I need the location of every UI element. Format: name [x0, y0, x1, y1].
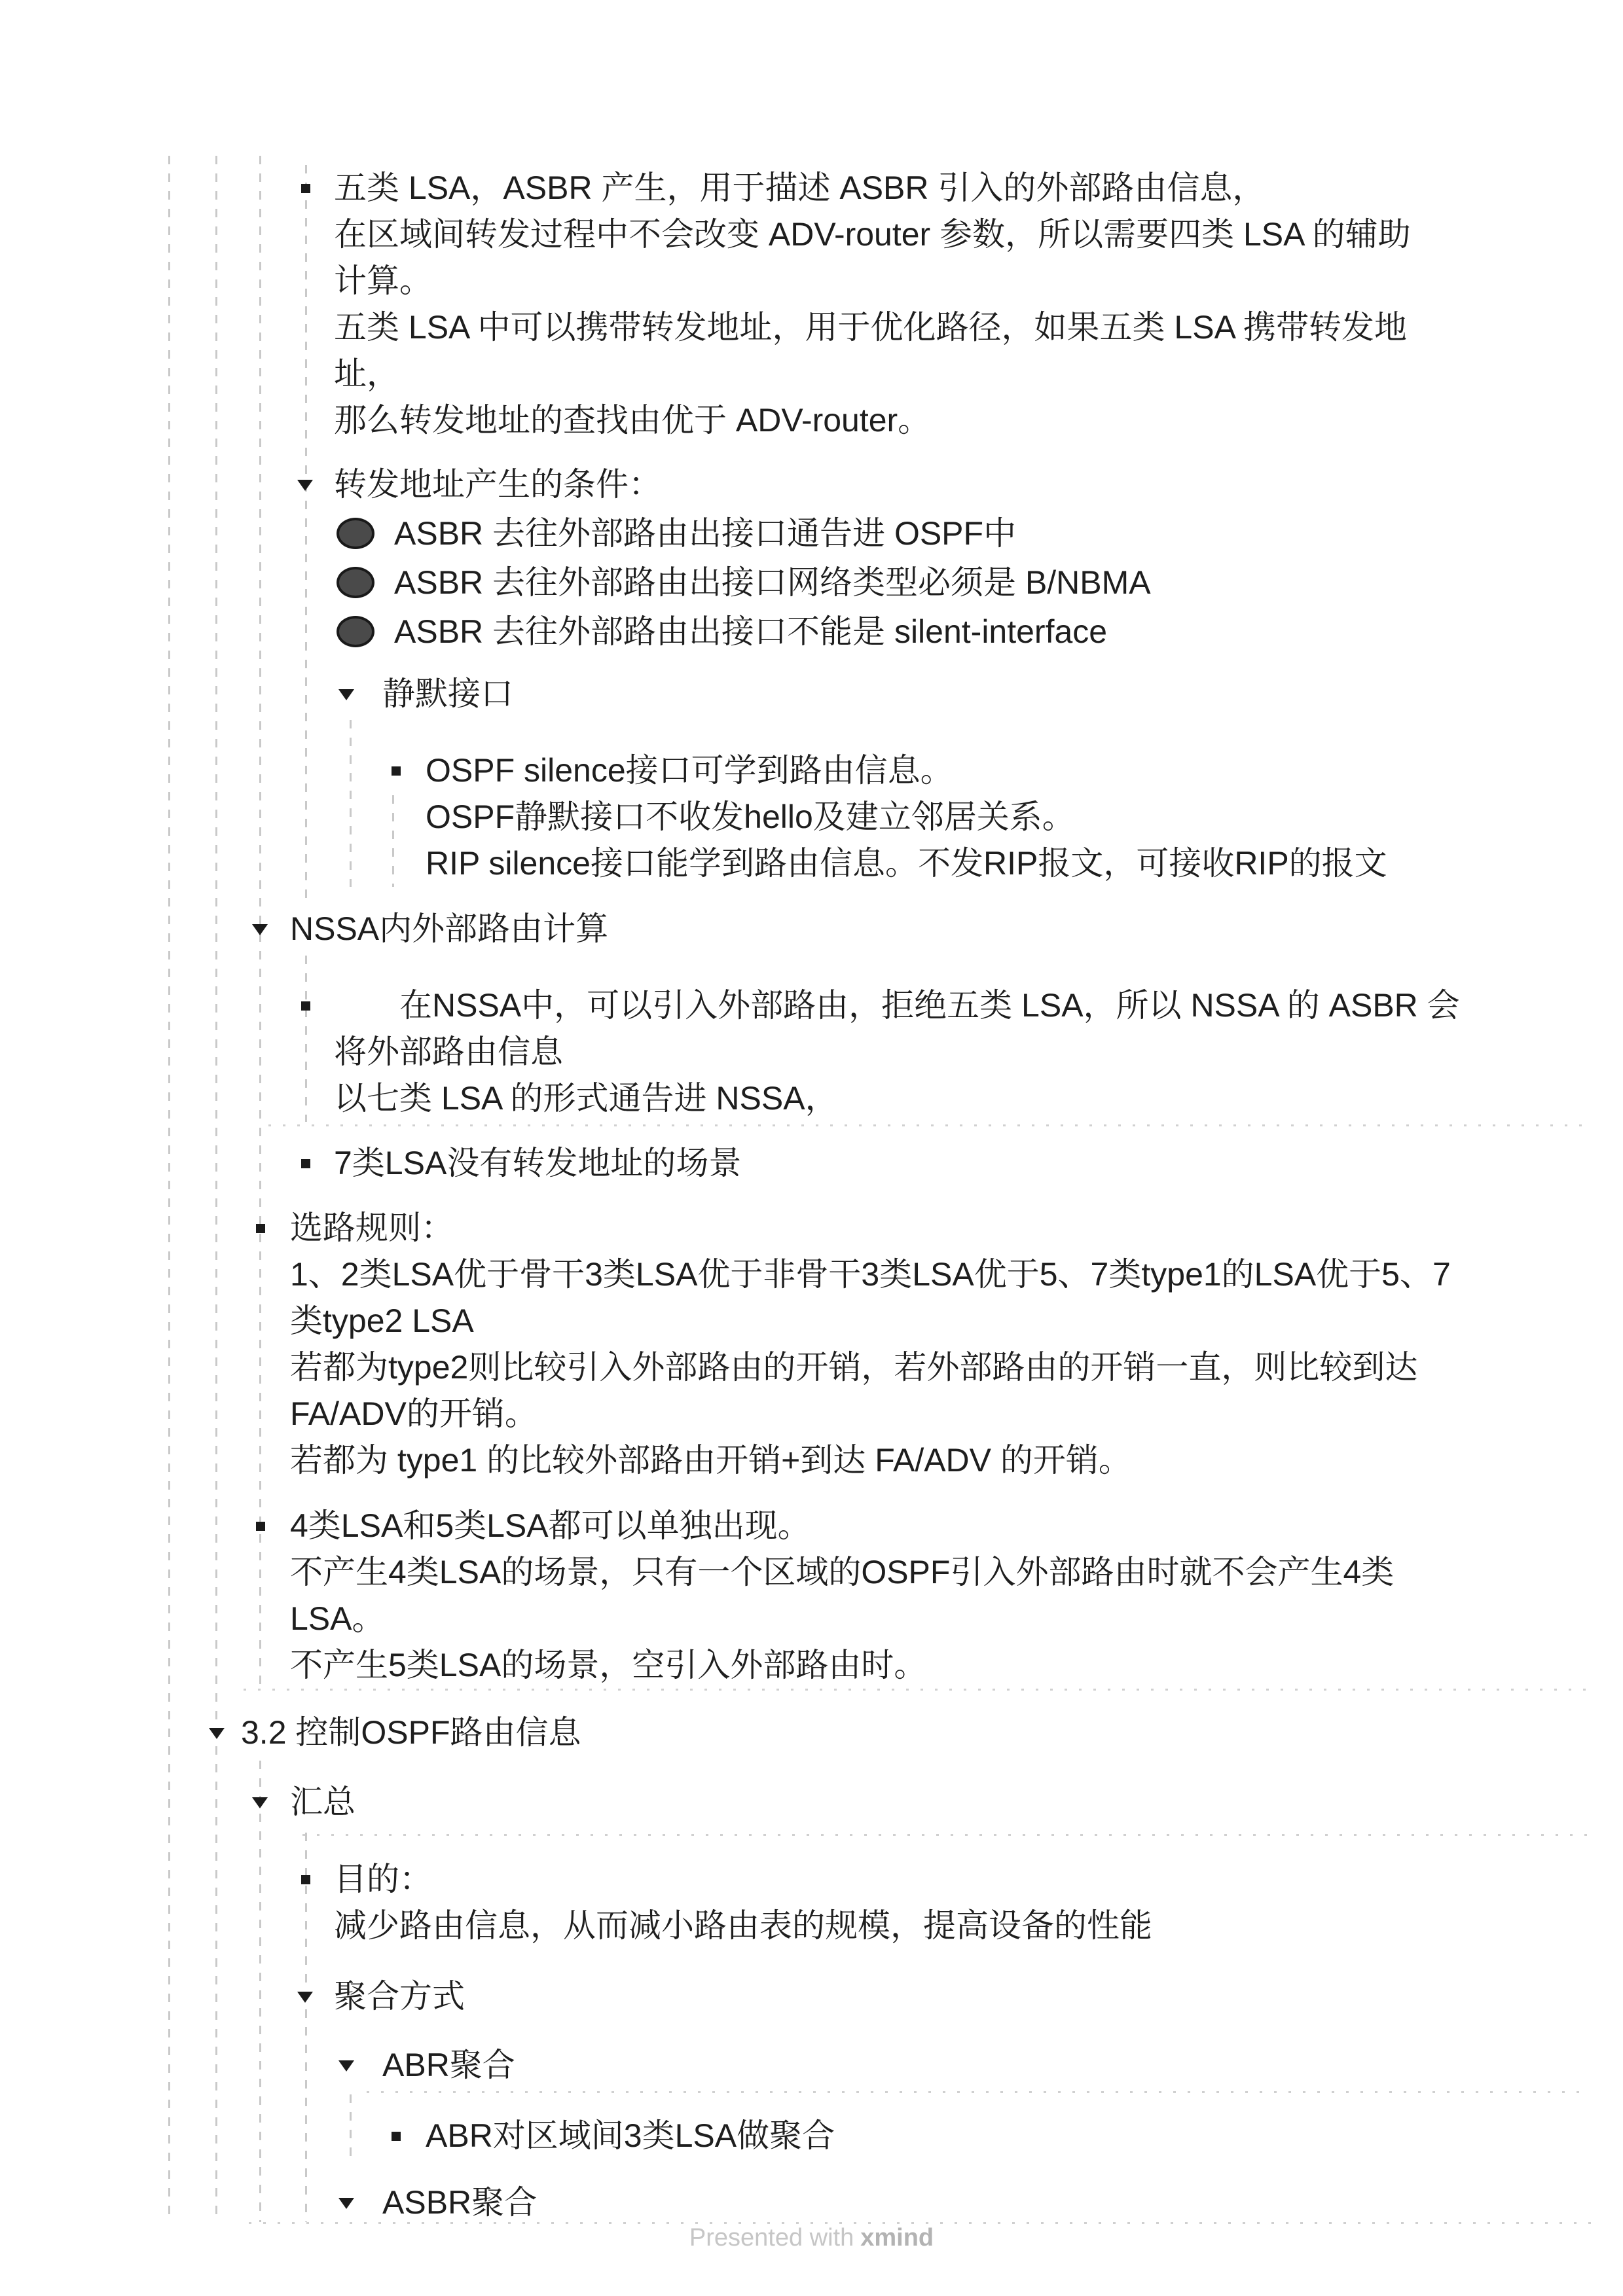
collapse-arrow-icon[interactable] — [252, 924, 268, 935]
outline-item-text: NSSA内外部路由计算 — [290, 906, 608, 952]
outline-item[interactable]: ABR对区域间3类LSA做聚合 — [392, 2113, 835, 2159]
bullet-circle-icon — [337, 616, 374, 647]
outline-item[interactable]: 目的： 减少路由信息，从而减小路由表的规模，提高设备的性能 — [301, 1856, 1152, 1949]
bullet-circle-icon — [337, 567, 374, 598]
outline-item-text: ASBR 去往外部路由出接口不能是 silent-interface — [394, 609, 1107, 655]
indent-guide-line — [350, 2094, 352, 2160]
outline-item-text: ABR对区域间3类LSA做聚合 — [426, 2113, 835, 2159]
bullet-square-icon — [301, 1875, 310, 1884]
bullet-square-icon — [301, 1001, 310, 1011]
outline-item[interactable]: 选路规则： 1、2类LSA优于骨干3类LSA优于非骨干3类LSA优于5、7类ty… — [256, 1205, 1451, 1484]
outline-item-text: 选路规则： 1、2类LSA优于骨干3类LSA优于非骨干3类LSA优于5、7类ty… — [290, 1205, 1451, 1484]
outline-item-text: ASBR聚合 — [382, 2179, 537, 2226]
outline-item[interactable]: OSPF silence接口可学到路由信息。 OSPF静默接口不收发hello及… — [392, 747, 1387, 887]
separator-dotted-line — [244, 1689, 1591, 1691]
collapse-arrow-icon[interactable] — [338, 2198, 354, 2209]
outline-item-text: 五类 LSA，ASBR 产生，用于描述 ASBR 引入的外部路由信息， 在区域间… — [334, 165, 1411, 444]
outline-item-text: 聚合方式 — [334, 1973, 465, 2020]
separator-dotted-line — [367, 2091, 1591, 2093]
outline-item[interactable]: 4类LSA和5类LSA都可以单独出现。 不产生4类LSA的场景，只有一个区域的O… — [256, 1503, 1394, 1689]
outline-item[interactable]: 3.2 控制OSPF路由信息 — [213, 1710, 581, 1756]
outline-item[interactable]: ASBR聚合 — [342, 2179, 537, 2226]
outline-item-text: 3.2 控制OSPF路由信息 — [241, 1710, 581, 1756]
indent-guide-line — [215, 156, 217, 2222]
outline-item[interactable]: 在NSSA中，可以引入外部路由，拒绝五类 LSA，所以 NSSA 的 ASBR … — [301, 982, 1460, 1122]
footer-watermark-text: Presented with — [689, 2224, 854, 2251]
bullet-square-icon — [392, 766, 401, 776]
outline-item-text: 7类LSA没有转发地址的场景 — [334, 1140, 741, 1187]
collapse-arrow-icon[interactable] — [297, 1992, 313, 2003]
outline-item[interactable]: 7类LSA没有转发地址的场景 — [301, 1140, 741, 1187]
outline-item-text: OSPF silence接口可学到路由信息。 OSPF静默接口不收发hello及… — [426, 747, 1387, 887]
xmind-logo-text: xmind — [860, 2224, 934, 2251]
outline-item-text: 目的： 减少路由信息，从而减小路由表的规模，提高设备的性能 — [334, 1856, 1152, 1949]
bullet-circle-icon — [337, 518, 374, 549]
outline-item[interactable]: 五类 LSA，ASBR 产生，用于描述 ASBR 引入的外部路由信息， 在区域间… — [301, 165, 1411, 444]
outline-page: 五类 LSA，ASBR 产生，用于描述 ASBR 引入的外部路由信息， 在区域间… — [0, 0, 1623, 2296]
outline-item-text: 汇总 — [290, 1779, 356, 1825]
collapse-arrow-icon[interactable] — [297, 480, 313, 491]
bullet-square-icon — [301, 184, 310, 193]
outline-item[interactable]: ASBR 去往外部路由出接口不能是 silent-interface — [339, 609, 1107, 655]
bullet-square-icon — [392, 2132, 401, 2141]
collapse-arrow-icon[interactable] — [209, 1728, 225, 1739]
indent-guide-line — [350, 720, 352, 887]
outline-item[interactable]: 汇总 — [256, 1779, 356, 1825]
bullet-square-icon — [256, 1522, 265, 1531]
indent-guide-line — [259, 1761, 261, 2222]
outline-item-text: 在NSSA中，可以引入外部路由，拒绝五类 LSA，所以 NSSA 的 ASBR … — [334, 982, 1460, 1122]
outline-item[interactable]: NSSA内外部路由计算 — [256, 906, 608, 952]
outline-item[interactable]: 聚合方式 — [301, 1973, 465, 2020]
bullet-square-icon — [256, 1224, 265, 1233]
separator-dotted-line — [268, 1124, 1591, 1126]
outline-item-text: 转发地址产生的条件： — [334, 461, 661, 508]
indent-guide-line — [168, 156, 170, 2222]
outline-item-text: ASBR 去往外部路由出接口通告进 OSPF中 — [394, 511, 1016, 557]
bullet-square-icon — [301, 1159, 310, 1168]
outline-item-text: 4类LSA和5类LSA都可以单独出现。 不产生4类LSA的场景，只有一个区域的O… — [290, 1503, 1394, 1689]
collapse-arrow-icon[interactable] — [252, 1797, 268, 1808]
outline-item-text: ASBR 去往外部路由出接口网络类型必须是 B/NBMA — [394, 560, 1151, 606]
outline-item[interactable]: ASBR 去往外部路由出接口通告进 OSPF中 — [339, 511, 1016, 557]
outline-item[interactable]: ABR聚合 — [342, 2042, 515, 2089]
outline-item[interactable]: ASBR 去往外部路由出接口网络类型必须是 B/NBMA — [339, 560, 1151, 606]
outline-item[interactable]: 转发地址产生的条件： — [301, 461, 661, 508]
collapse-arrow-icon[interactable] — [338, 2060, 354, 2072]
outline-item-text: 静默接口 — [382, 671, 513, 717]
collapse-arrow-icon[interactable] — [338, 689, 354, 700]
outline-item-text: ABR聚合 — [382, 2042, 515, 2089]
outline-item[interactable]: 静默接口 — [342, 671, 513, 717]
footer-watermark: Presented withxmind — [0, 2224, 1623, 2252]
separator-dotted-line — [302, 1834, 1591, 1836]
